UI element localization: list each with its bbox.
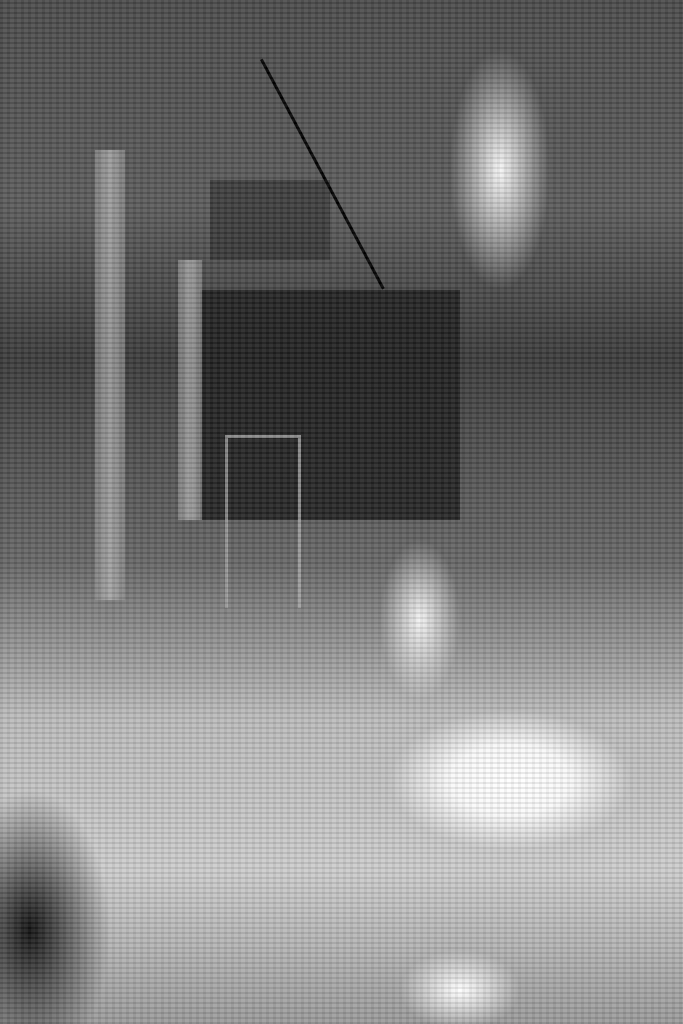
film-grain (0, 0, 683, 1024)
photograph (0, 0, 683, 1024)
